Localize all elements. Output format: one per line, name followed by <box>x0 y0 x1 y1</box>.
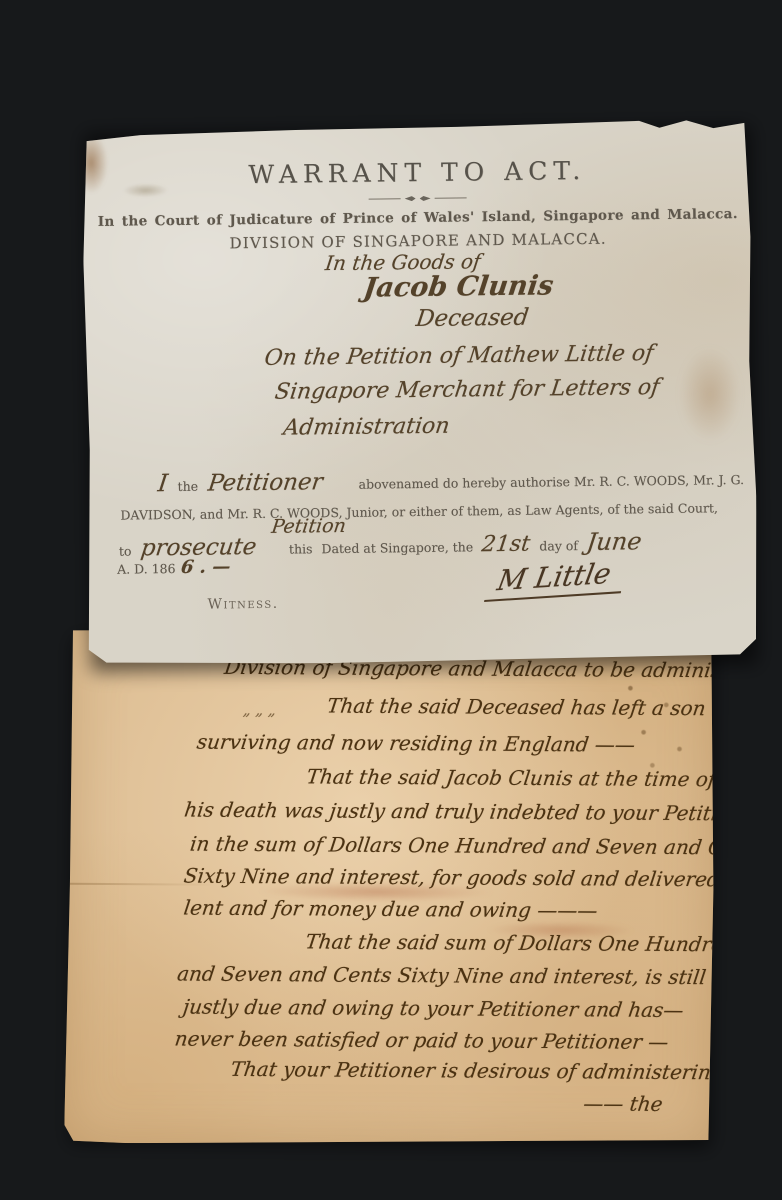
handwritten-year: 6 . — <box>180 556 232 578</box>
printed-agents-text: DAVIDSON, and Mr. R. C. WOODS, Junior, o… <box>120 500 718 522</box>
handwritten-month: June <box>585 527 643 556</box>
petition-text-line: That your Petitioner is desirous of admi… <box>229 1057 725 1084</box>
petition-text-line: in the sum of Dollars One Hundred and Se… <box>189 832 768 860</box>
title-ornament-icon <box>81 192 755 205</box>
deceased-name: Jacob Clunis <box>362 270 555 303</box>
printed-authorise-text: abovenamed do hereby authorise Mr. R. C.… <box>359 472 745 492</box>
court-line: In the Court of Judicature of Prince of … <box>81 206 755 230</box>
printed-day-of: day of <box>539 538 578 553</box>
witness-label: Witness. <box>207 596 278 613</box>
catchword: —— the <box>582 1091 664 1116</box>
photograph-of-documents: { "background_color": "#17191b", "top_do… <box>0 0 782 1200</box>
petition-text-line: never been satisfied or paid to your Pet… <box>173 1027 670 1054</box>
warrant-title: WARRANT TO ACT. <box>80 154 754 191</box>
petition-clause-line: Singapore Merchant for Letters of <box>273 375 661 405</box>
petition-text-line: justly due and owing to your Petitioner … <box>182 995 686 1022</box>
petition-text-line: That the said Jacob Clunis at the time o… <box>305 764 717 791</box>
handwritten-petitioner: Petitioner <box>206 469 324 496</box>
deceased-label: Deceased <box>414 305 530 332</box>
petition-text-line: That the said sum of Dollars One Hundred <box>304 929 737 956</box>
ornament-leaf-icon <box>420 196 431 201</box>
petition-text-line: lent and for money due and owing ——— <box>182 896 599 923</box>
edge-discoloration-stain <box>678 346 741 443</box>
printed-the: the <box>178 479 199 494</box>
authorisation-line-1: I the Petitioner abovenamed do hereby au… <box>158 462 744 497</box>
petition-text-line: and Seven and Cents Sixty Nine and inter… <box>176 962 708 990</box>
bottom-document: „ „ „ Division of Singapore and Malacca … <box>64 628 718 1148</box>
petitioner-signature: M Little <box>484 556 628 602</box>
printed-ad-year: A. D. 186 <box>117 561 176 577</box>
handwritten-i: I <box>156 469 169 497</box>
ink-bleed-marks: „ „ „ <box>242 701 277 719</box>
petition-text-line: That the said Deceased has left a son hi… <box>326 694 770 721</box>
petition-text-line: his death was justly and truly indebted … <box>183 798 765 826</box>
ornament-leaf-icon <box>405 196 416 201</box>
petition-clause-line: On the Petition of Mathew Little of <box>263 341 655 371</box>
petition-clause-line: Administration <box>282 414 451 441</box>
authorisation-line-2: DAVIDSON, and Mr. R. C. WOODS, Junior, o… <box>120 500 718 522</box>
authorisation-line-4: A. D. 186 6 . — <box>117 556 231 578</box>
petition-text-line: surviving and now residing in England —— <box>195 730 636 757</box>
printed-to: to <box>119 544 132 559</box>
top-document: WARRANT TO ACT. In the Court of Judicatu… <box>80 118 761 666</box>
petition-text-line: Sixty Nine and interest, for goods sold … <box>183 864 782 892</box>
ink-speckle-stain <box>612 672 703 783</box>
ornament-rule <box>435 197 467 198</box>
printed-this: this <box>289 541 313 556</box>
printed-dated: Dated at Singapore, the <box>321 539 473 556</box>
handwritten-day: 21st <box>481 532 532 558</box>
ornament-rule <box>369 198 401 199</box>
